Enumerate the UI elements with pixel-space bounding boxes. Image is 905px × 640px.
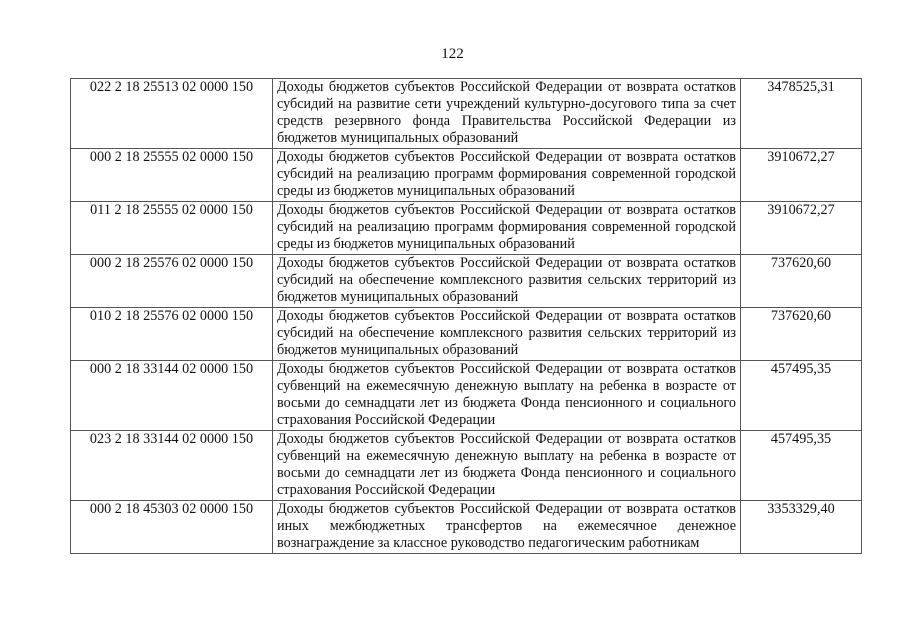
description-cell: Доходы бюджетов субъектов Российской Фед… [273,361,741,431]
budget-code-cell: 000 2 18 45303 02 0000 150 [71,501,273,554]
amount-cell: 457495,35 [741,431,862,501]
table-row: 022 2 18 25513 02 0000 150 Доходы бюджет… [71,79,862,149]
amount-cell: 737620,60 [741,255,862,308]
table-row: 011 2 18 25555 02 0000 150 Доходы бюджет… [71,202,862,255]
table-row: 000 2 18 25576 02 0000 150 Доходы бюджет… [71,255,862,308]
budget-code-cell: 000 2 18 25555 02 0000 150 [71,149,273,202]
description-cell: Доходы бюджетов субъектов Российской Фед… [273,149,741,202]
page-number: 122 [0,46,905,63]
revenue-table-body: 022 2 18 25513 02 0000 150 Доходы бюджет… [71,79,862,554]
amount-cell: 3478525,31 [741,79,862,149]
table-row: 023 2 18 33144 02 0000 150 Доходы бюджет… [71,431,862,501]
amount-cell: 737620,60 [741,308,862,361]
budget-code-cell: 010 2 18 25576 02 0000 150 [71,308,273,361]
budget-code-cell: 023 2 18 33144 02 0000 150 [71,431,273,501]
amount-cell: 3910672,27 [741,202,862,255]
revenue-table: 022 2 18 25513 02 0000 150 Доходы бюджет… [70,78,862,554]
budget-code-cell: 000 2 18 33144 02 0000 150 [71,361,273,431]
table-row: 000 2 18 33144 02 0000 150 Доходы бюджет… [71,361,862,431]
budget-code-cell: 011 2 18 25555 02 0000 150 [71,202,273,255]
amount-cell: 3910672,27 [741,149,862,202]
table-row: 010 2 18 25576 02 0000 150 Доходы бюджет… [71,308,862,361]
table-row: 000 2 18 45303 02 0000 150 Доходы бюджет… [71,501,862,554]
amount-cell: 457495,35 [741,361,862,431]
description-cell: Доходы бюджетов субъектов Российской Фед… [273,202,741,255]
description-cell: Доходы бюджетов субъектов Российской Фед… [273,255,741,308]
amount-cell: 3353329,40 [741,501,862,554]
table-row: 000 2 18 25555 02 0000 150 Доходы бюджет… [71,149,862,202]
description-cell: Доходы бюджетов субъектов Российской Фед… [273,308,741,361]
description-cell: Доходы бюджетов субъектов Российской Фед… [273,79,741,149]
description-cell: Доходы бюджетов субъектов Российской Фед… [273,501,741,554]
description-cell: Доходы бюджетов субъектов Российской Фед… [273,431,741,501]
budget-code-cell: 000 2 18 25576 02 0000 150 [71,255,273,308]
budget-code-cell: 022 2 18 25513 02 0000 150 [71,79,273,149]
